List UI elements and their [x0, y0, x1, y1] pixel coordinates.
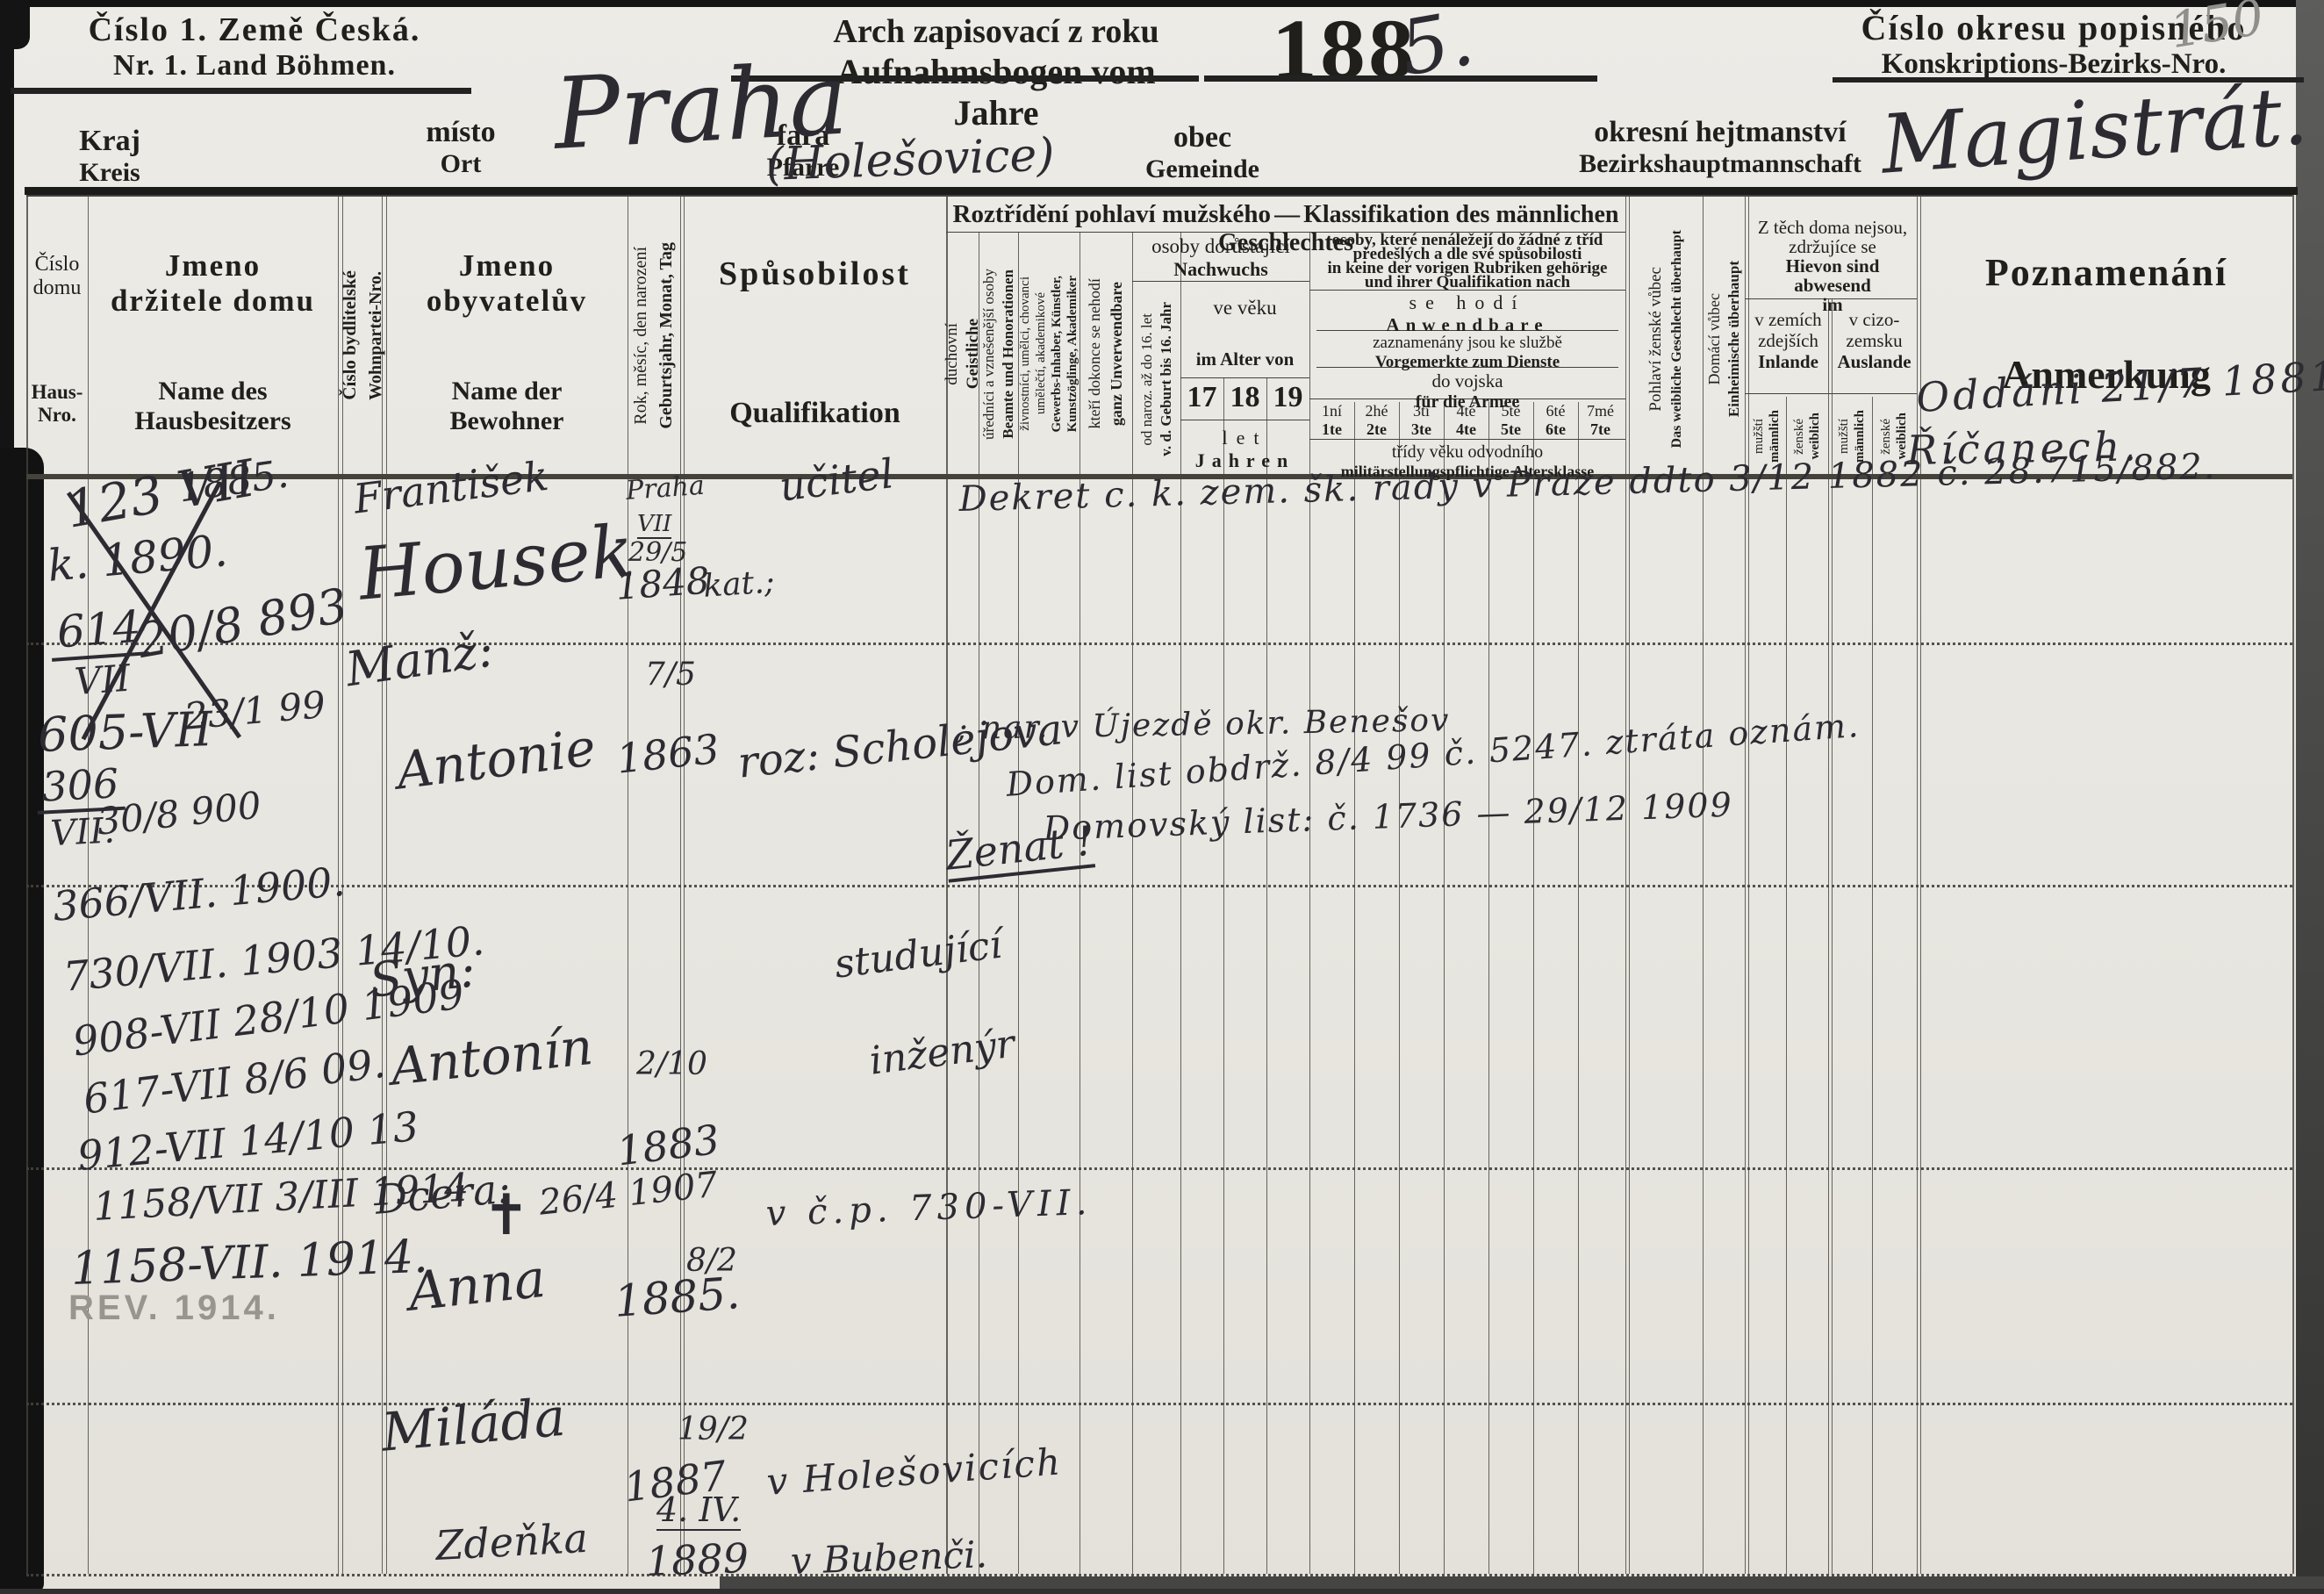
class4-german: 4te	[1456, 420, 1476, 439]
grid-line-vertical	[1444, 402, 1445, 1574]
years-label: let Jahren	[1180, 427, 1309, 472]
resident-4-death-cross-icon: ✝	[483, 1183, 530, 1248]
absent-inland-label: v zemích zdejších Inlande	[1748, 309, 1828, 372]
resident-1-birth-year: 1848	[614, 559, 711, 608]
officials-czech: úředníci a vznešenější osoby	[980, 269, 998, 440]
unfit-german: ganz Unverwendbare	[1108, 282, 1126, 426]
resident-1-birth-place: Praha	[625, 470, 706, 506]
absent-group-label: Z těch doma nejsou, zdržujíce se Hievon …	[1748, 218, 1917, 314]
from-birth-czech: od naroz. až do 16. let	[1138, 313, 1156, 446]
abroad-czech-1: v cizo-	[1849, 309, 1900, 330]
grid-line-dotted	[26, 1574, 2292, 1579]
series-czech: Číslo 1. Země Česká.	[89, 11, 421, 49]
army-class-3: 3tí3te	[1399, 402, 1444, 439]
column-party-number: Číslo bydlitelské Wohnpartei-Nro.	[338, 195, 386, 476]
qual-col-german: Qualifikation	[729, 397, 900, 430]
army-class-6: 6té6te	[1533, 402, 1578, 439]
army-czech: do vojska	[1431, 370, 1503, 392]
class7-czech: 7mé	[1587, 402, 1614, 420]
class5-czech: 5té	[1502, 402, 1521, 420]
masthead-title-rule-right	[1204, 75, 1597, 82]
absent-czech-1: Z těch doma nejsou,	[1758, 218, 1907, 237]
recorded-german: Vorgemerkte zum Dienste	[1375, 353, 1560, 372]
label-obec: obec Gemeinde	[1141, 121, 1264, 184]
resident-3-domicile-note-2: Domovský list: č. 1736 — 29/12 1909	[1043, 786, 1733, 848]
scan-edge-right	[2296, 0, 2324, 1594]
qual-col-czech: Spůsobilost	[719, 255, 911, 293]
age-17: 17	[1180, 381, 1223, 414]
column-female-total: Pohlaví ženské vůbec Das weibliche Gesch…	[1629, 202, 1703, 476]
trades-german-1: Gewerbs-Inhaber, Künstler,	[1050, 276, 1065, 433]
grid-line-dotted	[26, 885, 2292, 890]
abroad-male-czech: mužští	[1837, 419, 1852, 454]
grid-line-horizontal	[1132, 281, 1309, 282]
in-age-german: im Alter von	[1196, 348, 1295, 370]
class5-german: 5te	[1501, 420, 1521, 439]
column-tradesmen: živnostníci, umělci, chovanci umělečtí, …	[1018, 232, 1080, 476]
resident-4-name: Anna	[405, 1248, 549, 1324]
resident-4-death-place: v č.p. 730-VII.	[765, 1182, 1093, 1234]
hejtmanstvi-czech: okresní hejtmanství	[1594, 116, 1846, 149]
resident-6-birth-day: 4. IV.	[656, 1490, 741, 1531]
army-class-2: 2hé2te	[1354, 402, 1399, 439]
resident-2-name: Antonie	[393, 717, 599, 801]
inland-male-czech: mužští	[1752, 419, 1767, 454]
resident-6-name: Zdeňka	[434, 1514, 589, 1569]
resident-4-birth-year: 1885.	[613, 1267, 742, 1327]
female-total-german: Das weibliche Geschlecht überhaupt	[1669, 230, 1685, 448]
resident-6-birth-place: v Bubenči.	[790, 1533, 988, 1583]
army-class-row: 1ní1te 2hé2te 3tí3te 4té4te 5té5te 6té6t…	[1309, 402, 1625, 439]
abroad-german: Auslande	[1837, 351, 1911, 372]
inland-german: Inlande	[1758, 351, 1818, 372]
inland-male-german: männlich	[1768, 410, 1782, 463]
column-domestic-total: Domácí vůbec Einheimische überhaupt	[1703, 202, 1745, 476]
label-misto: místo Ort	[399, 116, 522, 179]
scan-edge-bottom2	[0, 1589, 2324, 1594]
resident-3-birth-day: 2/10	[636, 1046, 707, 1082]
in-age-label: ve věku im Alter von	[1180, 297, 1309, 370]
resident-3-relation: Syn:	[367, 942, 477, 1008]
house-entry-5: 366/VII. 1900.	[51, 858, 347, 930]
grid-line-horizontal	[1180, 377, 1309, 378]
in-age-czech: ve věku	[1213, 297, 1276, 320]
resident-2-relation: Manž:	[342, 621, 497, 697]
obec-german: Gemeinde	[1145, 154, 1259, 184]
age-class-czech: třídy věku odvodního	[1392, 442, 1543, 463]
resident-3-qualification-2: inženýr	[867, 1022, 1017, 1084]
class2-german: 2te	[1366, 420, 1387, 439]
table-top-band	[25, 187, 2298, 195]
hejtmanstvi-handwritten-magistrat: Magistrát.	[1878, 68, 2311, 192]
column-house-number: Číslo domu Haus-Nro.	[26, 212, 88, 467]
column-unfit: kteří dokonce se nehodí ganz Unverwendba…	[1080, 232, 1132, 476]
youth-group-label: osoby dorůstající Nachwuchs	[1132, 235, 1309, 281]
misto-czech: místo	[426, 116, 495, 149]
grid-line-vertical	[1488, 402, 1489, 1574]
grid-line-vertical	[1872, 397, 1873, 1574]
grid-line-vertical	[680, 195, 681, 1574]
resident-5-name: Miláda	[379, 1387, 568, 1464]
column-owner-name: Jmeno držitele domu Name des Hausbesitze…	[88, 219, 338, 465]
column-resident-name: Jmeno obyvatelův Name der Bewohner	[386, 219, 628, 465]
youth-czech: osoby dorůstající	[1151, 235, 1290, 258]
inland-female-czech: ženské	[1792, 419, 1807, 455]
house-entry-11: 1158-VII. 1914.	[70, 1231, 429, 1296]
grid-line-horizontal	[1745, 393, 1917, 394]
birth-col-czech: Rok, měsíc, den narození	[631, 247, 651, 425]
class7-german: 7te	[1590, 420, 1610, 439]
house-entry-2-numerator: 614	[48, 600, 149, 662]
column-birth-date: Rok, měsíc, den narození Geburtsjahr, Mo…	[628, 195, 680, 476]
misto-handwritten-holesovice: (Holešovice)	[765, 129, 1055, 191]
resident-3-married-note: Ženat !	[943, 816, 1095, 882]
grid-line-horizontal	[1180, 420, 1309, 420]
house-entry-2-date: 20/8 893	[133, 578, 352, 669]
resident-3-name: Antonín	[388, 1016, 596, 1097]
class4-czech: 4té	[1457, 402, 1476, 420]
army-class-7: 7mé7te	[1578, 402, 1623, 439]
age-18: 18	[1223, 381, 1266, 414]
youth-german: Nachwuchs	[1173, 258, 1268, 281]
scan-edge-top	[0, 0, 2324, 7]
house-entry-2-denominator: VII	[52, 655, 153, 705]
years-german: Jahren	[1195, 449, 1295, 472]
resident-4-death-date: 26/4 1907	[537, 1165, 720, 1224]
trades-czech-1: živnostníci, umělci, chovanci	[1018, 276, 1033, 431]
party-col-german: Wohnpartei-Nro.	[366, 271, 386, 400]
absent-german-1: Hievon sind abwesend	[1748, 256, 1917, 295]
column-clergy: duchovní Geistliche	[946, 232, 979, 476]
title-czech: Arch zapisovací z roku	[833, 12, 1158, 51]
others-group-label: osoby, které nenáležejí do žádné z tříd …	[1309, 233, 1625, 290]
grid-line-vertical	[1578, 402, 1579, 1574]
army-class-4: 4té4te	[1444, 402, 1488, 439]
absent-abroad-label: v cizo- zemsku Auslande	[1832, 309, 1917, 372]
officials-german: Beamte und Honorationen	[1000, 269, 1017, 439]
grid-line-vertical	[1745, 195, 1746, 1574]
class-title-czech: Roztřídění pohlaví mužského	[953, 200, 1272, 228]
class3-czech: 3tí	[1413, 402, 1430, 420]
recorded-label: zaznamenány jsou ke službě Vorgemerkte z…	[1309, 334, 1625, 372]
party-col-czech: Číslo bydlitelské	[339, 270, 361, 400]
owner-col-czech: Jmeno držitele domu	[108, 248, 319, 319]
others-german-2: und ihrer Qualifikation nach	[1365, 276, 1570, 290]
age-19: 19	[1266, 381, 1309, 414]
grid-line-vertical	[1533, 402, 1534, 1574]
resident-2-birth-year: 1863	[614, 725, 721, 783]
grid-line-vertical	[1223, 377, 1224, 1574]
column-from-birth: od naroz. až do 16. let v. d. Geburt bis…	[1132, 283, 1180, 476]
resident-6-birth-year: 1889	[645, 1534, 750, 1585]
kraj-german: Kreis	[79, 158, 140, 188]
masthead-series-rule	[11, 88, 471, 94]
abroad-czech-2: zemsku	[1846, 330, 1902, 351]
kraj-czech: Kraj	[79, 125, 140, 158]
revision-stamp: REV. 1914.	[68, 1289, 280, 1328]
unfit-czech: kteří dokonce se nehodí	[1086, 278, 1104, 428]
inland-czech-1: v zemích	[1754, 309, 1821, 330]
inland-female-german: weiblich	[1808, 413, 1823, 459]
house-col-czech: Číslo domu	[26, 253, 88, 300]
from-birth-german: v. d. Geburt bis 16. Jahr	[1158, 302, 1175, 456]
masthead-series: Číslo 1. Země Česká. Nr. 1. Land Böhmen.	[35, 11, 474, 83]
grid-line-vertical	[1786, 397, 1787, 1574]
grid-line-vertical	[1625, 195, 1626, 1574]
female-total-czech: Pohlaví ženské vůbec	[1646, 267, 1666, 412]
house-col-german: Haus-Nro.	[26, 381, 88, 427]
trades-czech-2: umělečtí, akademikové	[1034, 292, 1049, 414]
obec-czech: obec	[1173, 121, 1231, 154]
grid-line-dotted	[26, 1403, 2292, 1408]
hejtmanstvi-german: Bezirkshauptmannschaft	[1579, 149, 1861, 179]
misto-german: Ort	[441, 149, 482, 179]
grid-line-vertical	[2292, 195, 2294, 1574]
masthead-title: Arch zapisovací z roku Aufnahmsbogen vom…	[790, 12, 1202, 133]
grid-line-vertical	[1354, 402, 1355, 1574]
class1-czech: 1ní	[1322, 402, 1342, 420]
grid-line-vertical	[1266, 377, 1267, 1574]
resident-col-czech: Jmeno obyvatelův	[411, 248, 604, 319]
army-class-5: 5té5te	[1488, 402, 1533, 439]
army-class-1: 1ní1te	[1309, 402, 1354, 439]
scan-edge-left-torn	[0, 448, 44, 1594]
grid-line-vertical	[1399, 402, 1400, 1574]
class6-german: 6te	[1546, 420, 1566, 439]
fit-czech: se hodí	[1409, 291, 1526, 314]
resident-col-german: Name der Bewohner	[420, 377, 595, 436]
birth-col-german: Geburtsjahr, Monat, Tag	[656, 242, 677, 429]
fit-label: se hodí Anwendbare	[1309, 291, 1625, 336]
class1-german: 1te	[1322, 420, 1342, 439]
domestic-total-german: Einheimische überhaupt	[1725, 261, 1743, 417]
series-german: Nr. 1. Land Böhmen.	[113, 49, 396, 83]
resident-1-qualification: učitel	[777, 449, 896, 511]
label-hejtmanstvi: okresní hejtmanství Bezirkshauptmannscha…	[1545, 116, 1896, 179]
class-title-dash: —	[1274, 200, 1300, 228]
abroad-female-czech: ženské	[1879, 419, 1894, 455]
resident-1-surname: Housek	[355, 510, 637, 617]
column-qualification: Spůsobilost Qualifikation	[684, 255, 946, 430]
clergy-czech: duchovní	[943, 323, 962, 385]
class6-czech: 6té	[1546, 402, 1566, 420]
census-sheet: Číslo 1. Země Česká. Nr. 1. Land Böhmen.…	[0, 0, 2324, 1594]
class3-german: 3te	[1411, 420, 1431, 439]
trades-german-2: Kunstzöglinge, Akademiker	[1065, 276, 1080, 432]
recorded-czech: zaznamenány jsou ke službě	[1373, 334, 1562, 353]
column-officials: úředníci a vznešenější osoby Beamte und …	[979, 232, 1018, 476]
owner-col-german: Name des Hausbesitzers	[108, 377, 319, 436]
domestic-total-czech: Domácí vůbec	[1705, 293, 1724, 384]
years-czech: let	[1223, 427, 1268, 449]
label-kraj: Kraj Kreis	[48, 125, 171, 188]
resident-1-religion: kat.;	[702, 564, 776, 605]
inland-czech-2: zdejších	[1758, 330, 1818, 351]
notes-czech: Poznamenání	[1920, 250, 2292, 295]
resident-1-birth-district: VII	[637, 511, 671, 539]
resident-5-birth-day: 19/2	[678, 1411, 749, 1447]
absent-czech-2: zdržujíce se	[1789, 237, 1876, 256]
class2-czech: 2hé	[1366, 402, 1388, 420]
resident-2-birth-day: 7/5	[645, 657, 696, 693]
